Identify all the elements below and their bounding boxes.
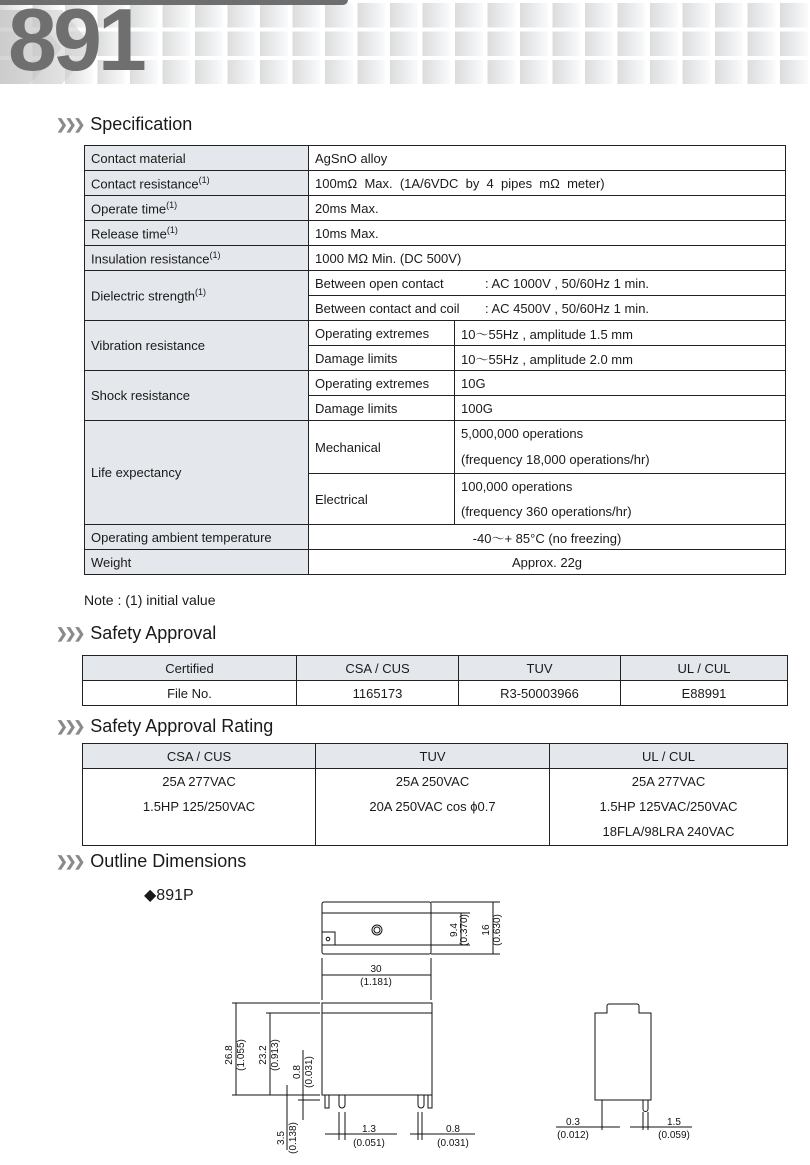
svg-text:(0.051): (0.051)	[353, 1138, 385, 1149]
safety-approval-table: Certified CSA / CUS TUV UL / CUL File No…	[82, 655, 788, 706]
row-value: 10G	[455, 371, 786, 396]
row-label: Operating ambient temperature	[85, 525, 309, 550]
row-label: Operate time(1)	[85, 196, 309, 221]
svg-text:(0.138): (0.138)	[288, 1122, 299, 1154]
page-header: 891	[0, 0, 810, 84]
sub-label: Operating extremes	[309, 321, 455, 346]
table-row: 25A 277VAC1.5HP 125/250VAC 25A 250VAC20A…	[83, 769, 788, 846]
table-cell: File No.	[83, 681, 297, 706]
svg-text:16: 16	[481, 924, 492, 936]
svg-text:30: 30	[370, 964, 382, 975]
svg-text:(0.630): (0.630)	[492, 914, 503, 946]
svg-text:(0.370): (0.370)	[459, 914, 470, 946]
table-cell: E88991	[621, 681, 788, 706]
table-cell: 25A 250VAC20A 250VAC cos ϕ0.7	[316, 769, 550, 846]
chevron-right-icon: ❯❯❯	[56, 718, 82, 735]
sub-label: Damage limits	[309, 396, 455, 421]
svg-text:9.4: 9.4	[449, 923, 460, 937]
svg-text:26.8: 26.8	[224, 1045, 235, 1065]
svg-text:23.2: 23.2	[258, 1045, 269, 1065]
row-label: Life expectancy	[85, 421, 309, 525]
row-value: Approx. 22g	[309, 550, 786, 575]
table-header-row: Certified CSA / CUS TUV UL / CUL	[83, 656, 788, 681]
row-label: Weight	[85, 550, 309, 575]
svg-text:(0.031): (0.031)	[437, 1138, 469, 1149]
row-value: 1000 MΩ Min. (DC 500V)	[309, 246, 786, 271]
sub-label: Operating extremes	[309, 371, 455, 396]
svg-text:1.5: 1.5	[667, 1117, 681, 1128]
row-value: Between open contact: AC 1000V , 50/60Hz…	[309, 271, 786, 296]
table-cell: 1165173	[297, 681, 459, 706]
row-value: 100G	[455, 396, 786, 421]
svg-text:(1.181): (1.181)	[360, 977, 392, 988]
model-number-title: 891	[8, 0, 143, 84]
column-header: Certified	[83, 656, 297, 681]
svg-text:(0.012): (0.012)	[557, 1130, 589, 1141]
row-value: 10～55Hz , amplitude 2.0 mm	[455, 346, 786, 371]
table-row: File No. 1165173 R3-50003966 E88991	[83, 681, 788, 706]
safety-rating-table: CSA / CUS TUV UL / CUL 25A 277VAC1.5HP 1…	[82, 743, 788, 846]
row-value: 20ms Max.	[309, 196, 786, 221]
table-row: Vibration resistance Operating extremes …	[85, 321, 786, 346]
table-row: Weight Approx. 22g	[85, 550, 786, 575]
svg-text:(0.059): (0.059)	[658, 1130, 690, 1141]
svg-text:0.8: 0.8	[446, 1124, 460, 1135]
row-label: Insulation resistance(1)	[85, 246, 309, 271]
row-label: Contact material	[85, 146, 309, 171]
sub-label: Damage limits	[309, 346, 455, 371]
section-title-safety-approval: ❯❯❯ Safety Approval	[56, 623, 216, 644]
column-header: UL / CUL	[550, 744, 788, 769]
chevron-right-icon: ❯❯❯	[56, 853, 82, 870]
sub-label: Electrical	[309, 474, 455, 525]
column-header: TUV	[459, 656, 621, 681]
row-label: Release time(1)	[85, 221, 309, 246]
table-row: Operating ambient temperature -40～+ 85°C…	[85, 525, 786, 550]
row-label: Contact resistance(1)	[85, 171, 309, 196]
table-row: Release time(1) 10ms Max.	[85, 221, 786, 246]
section-title-specification: ❯❯❯ Specification	[56, 114, 192, 135]
svg-text:(0.913): (0.913)	[270, 1039, 281, 1071]
row-label: Vibration resistance	[85, 321, 309, 371]
column-header: CSA / CUS	[83, 744, 316, 769]
row-value: AgSnO alloy	[309, 146, 786, 171]
table-row: Operate time(1) 20ms Max.	[85, 196, 786, 221]
table-cell: 25A 277VAC1.5HP 125/250VAC	[83, 769, 316, 846]
row-label: Shock resistance	[85, 371, 309, 421]
table-cell: 25A 277VAC1.5HP 125VAC/250VAC18FLA/98LRA…	[550, 769, 788, 846]
svg-text:0.3: 0.3	[566, 1117, 580, 1128]
column-header: UL / CUL	[621, 656, 788, 681]
svg-text:(0.031): (0.031)	[304, 1056, 315, 1088]
row-value: 10ms Max.	[309, 221, 786, 246]
row-label: Dielectric strength(1)	[85, 271, 309, 321]
table-row: Insulation resistance(1) 1000 MΩ Min. (D…	[85, 246, 786, 271]
column-header: TUV	[316, 744, 550, 769]
table-cell: R3-50003966	[459, 681, 621, 706]
table-header-row: CSA / CUS TUV UL / CUL	[83, 744, 788, 769]
row-value: 100,000 operations(frequency 360 operati…	[455, 474, 786, 525]
svg-text:1.3: 1.3	[362, 1124, 376, 1135]
row-value: -40～+ 85°C (no freezing)	[309, 525, 786, 550]
row-value: 10～55Hz , amplitude 1.5 mm	[455, 321, 786, 346]
row-value: Between contact and coil: AC 4500V , 50/…	[309, 296, 786, 321]
row-value: 5,000,000 operations(frequency 18,000 op…	[455, 421, 786, 474]
table-row: Contact resistance(1) 100mΩ Max. (1A/6VD…	[85, 171, 786, 196]
chevron-right-icon: ❯❯❯	[56, 116, 82, 133]
model-label: ◆891P	[144, 885, 194, 905]
chevron-right-icon: ❯❯❯	[56, 625, 82, 642]
table-row: Dielectric strength(1) Between open cont…	[85, 271, 786, 296]
column-header: CSA / CUS	[297, 656, 459, 681]
svg-text:0.8: 0.8	[292, 1065, 303, 1079]
row-value: 100mΩ Max. (1A/6VDC by 4 pipes mΩ meter)	[309, 171, 786, 196]
specification-table: Contact material AgSnO alloy Contact res…	[84, 145, 786, 575]
svg-text:(1.055): (1.055)	[236, 1039, 247, 1071]
section-title-outline-dimensions: ❯❯❯ Outline Dimensions	[56, 851, 246, 872]
table-row: Life expectancy Mechanical 5,000,000 ope…	[85, 421, 786, 474]
section-title-safety-rating: ❯❯❯ Safety Approval Rating	[56, 716, 273, 737]
footnote: Note : (1) initial value	[84, 592, 216, 608]
sub-label: Mechanical	[309, 421, 455, 474]
table-row: Shock resistance Operating extremes 10G	[85, 371, 786, 396]
svg-text:3.5: 3.5	[276, 1131, 287, 1145]
table-row: Contact material AgSnO alloy	[85, 146, 786, 171]
